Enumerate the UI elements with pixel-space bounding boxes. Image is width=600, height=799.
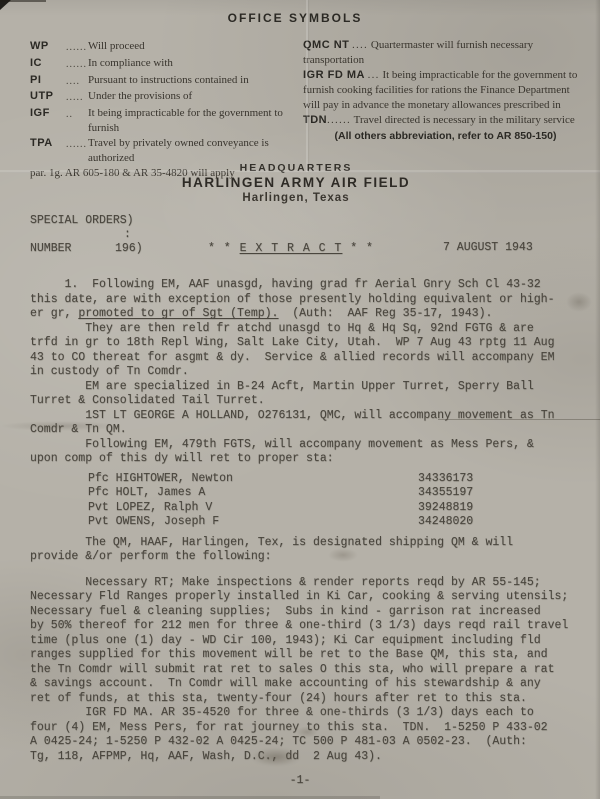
symbol-meaning: Travel directed is necessary in the mili… (354, 114, 575, 126)
roster-name: Pvt LOPEZ, Ralph V (88, 501, 418, 516)
office-symbol-entry: TPA......Travel by privately owned conve… (30, 136, 298, 166)
symbol-meaning: Will proceed (88, 39, 298, 56)
extract-stars-left: * * (208, 242, 240, 255)
extract-heading: * * E X T R A C T * * (208, 242, 374, 255)
order-number-label: NUMBER (30, 242, 71, 255)
extract-stars-right: * * (342, 242, 374, 255)
office-symbol-entry: TDN...... Travel directed is necessary i… (303, 113, 588, 128)
office-symbol-entry: IGF..It being impracticable for the gove… (30, 106, 298, 136)
page-number: -1- (0, 774, 600, 787)
office-symbol-entry: QMC NT .... Quartermaster will furnish n… (303, 38, 588, 68)
symbol-abbr: WP (30, 39, 66, 56)
symbol-meaning: Pursuant to instructions contained in (88, 73, 298, 90)
symbol-abbr: IC (30, 56, 66, 73)
scan-corner-mark (0, 0, 11, 10)
office-symbols-right-column: QMC NT .... Quartermaster will furnish n… (303, 38, 588, 144)
symbol-abbr: PI (30, 73, 66, 90)
symbol-abbr: TPA (30, 136, 66, 166)
roster-serial-number: 34248020 (418, 515, 473, 530)
leader-dots: .... (66, 73, 88, 90)
paragraph-1-text-continued: (Auth: AAF Reg 35-17, 1943). They are th… (30, 307, 555, 465)
scan-edge-shadow (595, 0, 600, 799)
extract-letters: E X T R A C T (240, 242, 343, 255)
paragraph-2: The QM, HAAF, Harlingen, Tex, is designa… (30, 536, 592, 565)
roster-serial-number: 34355197 (418, 486, 473, 501)
leader-dots: ...... (66, 56, 88, 73)
roster-serial-number: 39248819 (418, 501, 473, 516)
leader-dots: ... (368, 70, 380, 81)
roster-name: Pfc HIGHTOWER, Newton (88, 472, 418, 487)
leader-dots: ...... (66, 39, 88, 56)
personnel-roster: Pfc HIGHTOWER, Newton34336173 Pfc HOLT, … (30, 472, 592, 530)
leader-dots: ...... (66, 136, 88, 166)
letterhead-headquarters: HEADQUARTERS (0, 162, 592, 174)
roster-name: Pfc HOLT, James A (88, 486, 418, 501)
roster-row: Pvt LOPEZ, Ralph V39248819 (30, 501, 592, 516)
symbol-abbr: QMC NT (303, 39, 349, 51)
roster-name: Pvt OWENS, Joseph F (88, 515, 418, 530)
symbol-abbr: IGR FD MA (303, 69, 365, 81)
letterhead-base-name: HARLINGEN ARMY AIR FIELD (0, 175, 592, 190)
office-symbols-title: OFFICE SYMBOLS (0, 11, 590, 25)
leader-dots: .... (352, 40, 368, 51)
symbol-abbr: TDN (303, 114, 327, 126)
paragraph-3: Necessary RT; Make inspections & render … (30, 576, 592, 765)
roster-row: Pfc HIGHTOWER, Newton34336173 (30, 472, 592, 487)
document-page: OFFICE SYMBOLS WP......Will proceed IC..… (0, 0, 600, 799)
roster-row: Pfc HOLT, James A34355197 (30, 486, 592, 501)
roster-serial-number: 34336173 (418, 472, 473, 487)
letterhead: HEADQUARTERS HARLINGEN ARMY AIR FIELD Ha… (0, 162, 592, 204)
symbol-abbr: IGF (30, 106, 66, 136)
paragraph-1: 1. Following EM, AAF unasgd, having grad… (30, 278, 592, 467)
office-symbol-entry: UTP.....Under the provisions of (30, 89, 298, 106)
symbol-meaning: In compliance with (88, 56, 298, 73)
office-symbol-entry: IGR FD MA ... It being impracticable for… (303, 68, 588, 113)
leader-dots: ..... (66, 89, 88, 106)
paragraph-1-underlined-phrase: promoted to gr of Sgt (Temp). (78, 307, 278, 320)
order-date: 7 AUGUST 1943 (443, 241, 533, 254)
order-number-value: 196) (115, 242, 143, 255)
symbol-meaning: Under the provisions of (88, 89, 298, 106)
office-symbol-entry: PI....Pursuant to instructions contained… (30, 73, 298, 90)
leader-dots: ...... (327, 115, 351, 126)
office-symbol-entry: WP......Will proceed (30, 39, 298, 56)
letterhead-location: Harlingen, Texas (0, 192, 592, 204)
office-symbol-entry: IC......In compliance with (30, 56, 298, 73)
leader-dots: .. (66, 106, 88, 136)
symbol-meaning: It being impracticable for the governmen… (88, 106, 298, 136)
office-symbols-left-column: WP......Will proceed IC......In complian… (30, 39, 298, 181)
order-body: 1. Following EM, AAF unasgd, having grad… (30, 278, 592, 764)
symbol-abbr: UTP (30, 89, 66, 106)
scan-edge-mark (0, 0, 46, 2)
symbol-meaning: Travel by privately owned conveyance is … (88, 136, 298, 166)
special-orders-colon: : (124, 228, 131, 241)
roster-row: Pvt OWENS, Joseph F34248020 (30, 515, 592, 530)
special-orders-label: SPECIAL ORDERS) (30, 214, 134, 227)
office-symbols-footnote: (All others abbreviation, refer to AR 85… (303, 129, 588, 144)
